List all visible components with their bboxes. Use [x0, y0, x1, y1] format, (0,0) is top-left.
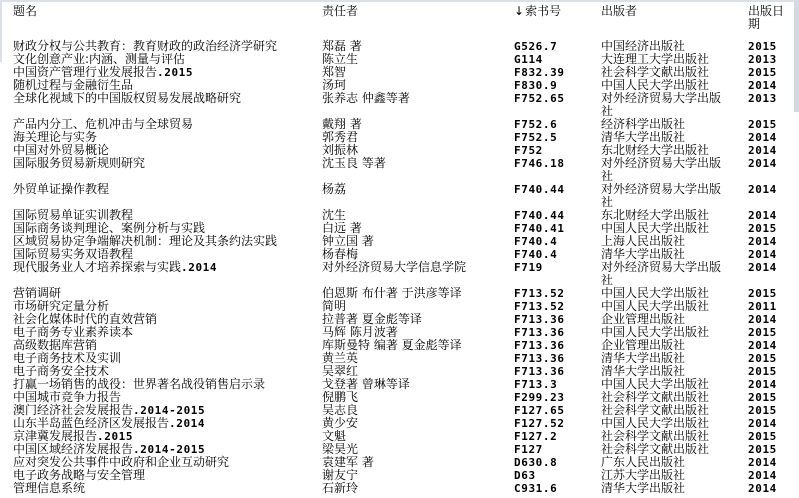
catalog-results-table: 题名 责任者 ↓索书号 出版者 出版日期 财政分权与公共教育：教育财政的政治经济…	[0, 0, 799, 495]
pub-date-cell: 2014	[748, 248, 794, 261]
call-number-cell: F719	[514, 261, 601, 274]
pub-date-cell: 2014	[748, 144, 794, 157]
pub-date-cell: 2014	[748, 313, 794, 326]
table-row: 国际服务贸易新规则研究 沈玉良 等著 F746.18 对外经济贸易大学出版社 2…	[0, 157, 799, 183]
pub-date-cell: 2015	[748, 391, 794, 404]
pub-date-cell: 2015	[748, 365, 794, 378]
call-number-cell: F127.52	[514, 417, 601, 430]
call-number-cell: F713.52	[514, 287, 601, 300]
call-number-cell: F299.23	[514, 391, 601, 404]
column-header-call-number[interactable]: ↓索书号	[514, 5, 601, 18]
call-number-cell: F740.4	[514, 235, 601, 248]
column-header-author[interactable]: 责任者	[322, 5, 514, 18]
call-number-cell: F713.52	[514, 300, 601, 313]
table-row: 外贸单证操作教程 杨荔 F740.44 对外经济贸易大学出版社 2014	[0, 183, 799, 209]
call-number-cell: F830.9	[514, 79, 601, 92]
call-number-cell: F713.36	[514, 313, 601, 326]
author-cell: 张养志 仲鑫等著	[322, 92, 514, 105]
call-number-cell: F740.4	[514, 248, 601, 261]
publisher-cell: 对外经济贸易大学出版社	[601, 183, 748, 209]
pub-date-cell: 2013	[748, 53, 794, 66]
table-row: 管理信息系统 石新玲 C931.6 清华大学出版社 2014	[0, 482, 799, 495]
pub-date-cell: 2013	[748, 92, 794, 105]
call-number-cell: F740.44	[514, 183, 601, 196]
call-number-cell: F127.2	[514, 430, 601, 443]
pub-date-cell: 2015	[748, 66, 794, 79]
author-cell: 陈立生	[322, 53, 514, 66]
book-title-link[interactable]: 全球化视域下的中国版权贸易发展战略研究	[0, 92, 322, 105]
call-number-cell: F713.3	[514, 378, 601, 391]
author-cell: 伯恩斯 布什著 于洪彦等译	[322, 287, 514, 300]
author-cell: 石新玲	[322, 482, 514, 495]
publisher-cell: 对外经济贸易大学出版社	[601, 261, 748, 287]
pub-date-cell: 2014	[748, 235, 794, 248]
pub-date-cell: 2014	[748, 456, 794, 469]
call-number-cell: D63	[514, 469, 601, 482]
pub-date-cell: 2015	[748, 326, 794, 339]
author-cell: 对外经济贸易大学信息学院	[322, 261, 514, 274]
pub-date-cell: 2014	[748, 183, 794, 196]
call-number-cell: F713.36	[514, 365, 601, 378]
call-number-cell: F752	[514, 144, 601, 157]
book-title-link[interactable]: 现代服务业人才培养探索与实践.2014	[0, 261, 322, 274]
call-number-cell: F832.39	[514, 66, 601, 79]
call-number-cell: F752.5	[514, 131, 601, 144]
call-number-cell: G526.7	[514, 40, 601, 53]
pub-date-cell: 2014	[748, 261, 794, 274]
table-row: 全球化视域下的中国版权贸易发展战略研究 张养志 仲鑫等著 F752.65 对外经…	[0, 92, 799, 118]
publisher-cell: 对外经济贸易大学出版社	[601, 157, 748, 183]
column-header-call-number-label: 索书号	[525, 4, 561, 18]
book-title-link[interactable]: 国际服务贸易新规则研究	[0, 157, 322, 170]
author-cell: 杨荔	[322, 183, 514, 196]
call-number-cell: G114	[514, 53, 601, 66]
table-header-row: 题名 责任者 ↓索书号 出版者 出版日期	[0, 0, 799, 31]
author-cell: 郑智	[322, 66, 514, 79]
pub-date-cell: 2015	[748, 430, 794, 443]
column-header-publisher[interactable]: 出版者	[601, 5, 748, 18]
call-number-cell: F752.6	[514, 118, 601, 131]
author-cell: 黄少安	[322, 417, 514, 430]
pub-date-cell: 2014	[748, 469, 794, 482]
call-number-cell: F127	[514, 443, 601, 456]
call-number-cell: D630.8	[514, 456, 601, 469]
pub-date-cell: 2015	[748, 287, 794, 300]
call-number-cell: F713.36	[514, 352, 601, 365]
pub-date-cell: 2015	[748, 40, 794, 53]
column-header-pub-date[interactable]: 出版日期	[748, 5, 794, 31]
call-number-cell: C931.6	[514, 482, 601, 495]
book-title-link[interactable]: 管理信息系统	[0, 482, 322, 495]
column-header-title[interactable]: 题名	[0, 5, 322, 18]
call-number-cell: F713.36	[514, 326, 601, 339]
pub-date-cell: 2015	[748, 404, 794, 417]
table-row: 现代服务业人才培养探索与实践.2014 对外经济贸易大学信息学院 F719 对外…	[0, 261, 799, 287]
publisher-cell: 对外经济贸易大学出版社	[601, 92, 748, 118]
pub-date-cell: 2014	[748, 482, 794, 495]
call-number-cell: F740.41	[514, 222, 601, 235]
pub-date-cell: 2015	[748, 222, 794, 235]
pub-date-cell: 2014	[748, 378, 794, 391]
book-title-link[interactable]: 外贸单证操作教程	[0, 183, 322, 196]
pub-date-cell: 2015	[748, 118, 794, 131]
pub-date-cell: 2015	[748, 443, 794, 456]
pub-date-cell: 2014	[748, 417, 794, 430]
sort-descending-icon: ↓	[514, 5, 524, 18]
table-body: 财政分权与公共教育：教育财政的政治经济学研究 郑磊 著 G526.7 中国经济出…	[0, 40, 799, 495]
pub-date-cell: 2011	[748, 300, 794, 313]
pub-date-cell: 2014	[748, 79, 794, 92]
pub-date-cell: 2014	[748, 157, 794, 170]
call-number-cell: F740.44	[514, 209, 601, 222]
call-number-cell: F127.65	[514, 404, 601, 417]
publisher-cell: 清华大学出版社	[601, 482, 748, 495]
pub-date-cell: 2015	[748, 352, 794, 365]
pub-date-cell: 2014	[748, 209, 794, 222]
author-cell: 沈玉良 等著	[322, 157, 514, 170]
call-number-cell: F752.65	[514, 92, 601, 105]
pub-date-cell: 2014	[748, 339, 794, 352]
call-number-cell: F746.18	[514, 157, 601, 170]
call-number-cell: F713.36	[514, 339, 601, 352]
pub-date-cell: 2014	[748, 131, 794, 144]
